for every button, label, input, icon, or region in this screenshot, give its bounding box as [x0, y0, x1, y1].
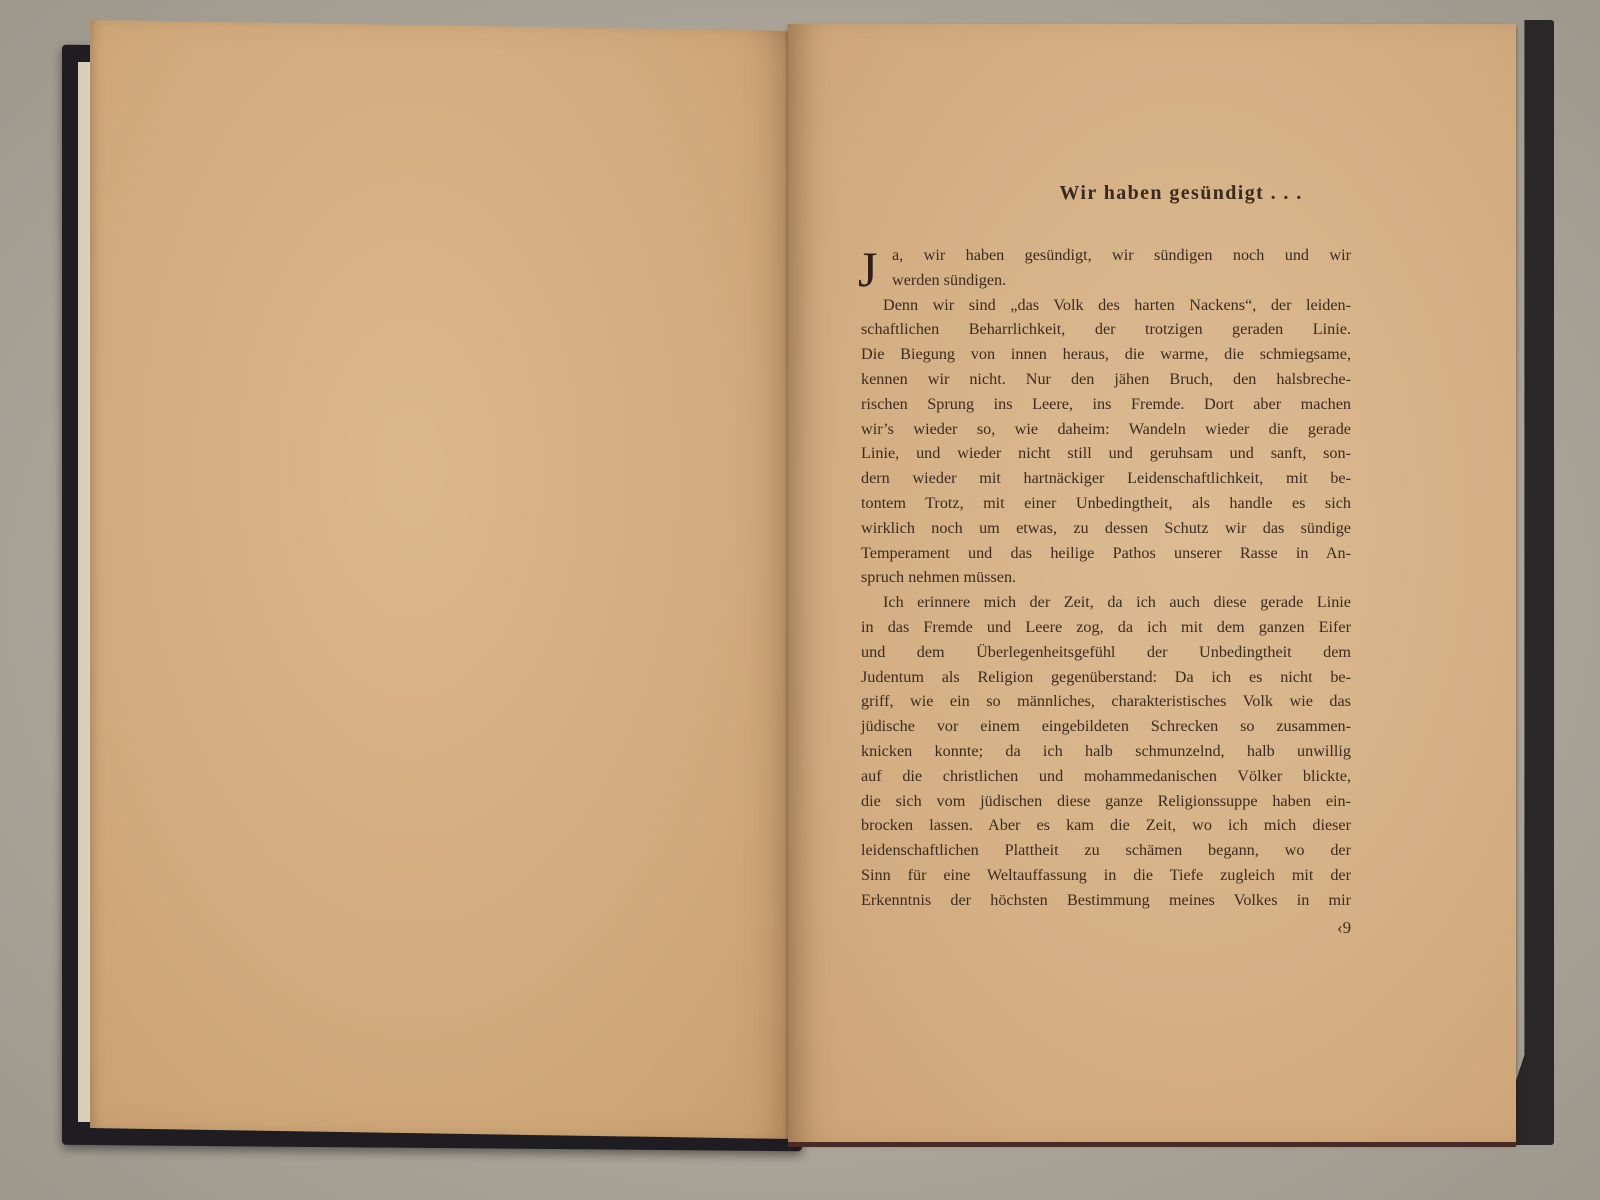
text-line: und dem Überlegenheitsgefühl der Unbedin…	[861, 640, 1351, 665]
chapter-title: Wir haben gesündigt . . .	[788, 182, 1516, 205]
text-line: leidenschaftlichen Plattheit zu schämen …	[861, 838, 1351, 863]
text-line: Temperament und das heilige Pathos unser…	[861, 541, 1351, 566]
text-line: Ich erinnere mich der Zeit, da ich auch …	[861, 590, 1351, 615]
text-line: schaftlichen Beharrlichkeit, der trotzig…	[861, 317, 1351, 342]
text-line: a, wir haben gesündigt, wir sündigen noc…	[861, 243, 1351, 268]
text-line: knicken konnte; da ich halb schmunzelnd,…	[861, 739, 1351, 764]
text-line: werden sündigen.	[861, 268, 1351, 293]
text-line: wirklich noch um etwas, zu dessen Schutz…	[861, 516, 1351, 541]
page-number: ‹9	[1337, 918, 1351, 938]
text-line: Judentum als Religion gegenüberstand: Da…	[861, 665, 1351, 690]
body-text: J a, wir haben gesündigt, wir sündigen n…	[861, 243, 1351, 913]
text-line: spruch nehmen müssen.	[861, 565, 1351, 590]
text-line: Erkenntnis der höchsten Bestimmung meine…	[861, 888, 1351, 913]
text-line: die sich vom jüdischen diese ganze Relig…	[861, 789, 1351, 814]
drop-cap: J	[858, 244, 877, 294]
text-line: tontem Trotz, mit einer Unbedingtheit, a…	[861, 491, 1351, 516]
text-line: in das Fremde und Leere zog, da ich mit …	[861, 615, 1351, 640]
text-line: auf die christlichen und mohammedanische…	[861, 764, 1351, 789]
text-line: dern wieder mit hartnäckiger Leidenschaf…	[861, 466, 1351, 491]
text-line: rischen Sprung ins Leere, ins Fremde. Do…	[861, 392, 1351, 417]
right-page: Wir haben gesündigt . . . J a, wir haben…	[788, 24, 1516, 1142]
text-line: Denn wir sind „das Volk des harten Nacke…	[861, 293, 1351, 318]
text-line: wir’s wieder so, wie daheim: Wandeln wie…	[861, 417, 1351, 442]
text-line: Sinn für eine Weltauffassung in die Tief…	[861, 863, 1351, 888]
text-line: Linie, und wieder nicht still und geruhs…	[861, 441, 1351, 466]
text-line: jüdische vor einem eingebildeten Schreck…	[861, 714, 1351, 739]
text-line: griff, wie ein so männliches, charakteri…	[861, 689, 1351, 714]
text-line: brocken lassen. Aber es kam die Zeit, wo…	[861, 813, 1351, 838]
page-edge	[788, 1142, 1516, 1147]
text-line: Die Biegung von innen heraus, die warme,…	[861, 342, 1351, 367]
text-line: kennen wir nicht. Nur den jähen Bruch, d…	[861, 367, 1351, 392]
left-page-blank	[90, 20, 800, 1139]
